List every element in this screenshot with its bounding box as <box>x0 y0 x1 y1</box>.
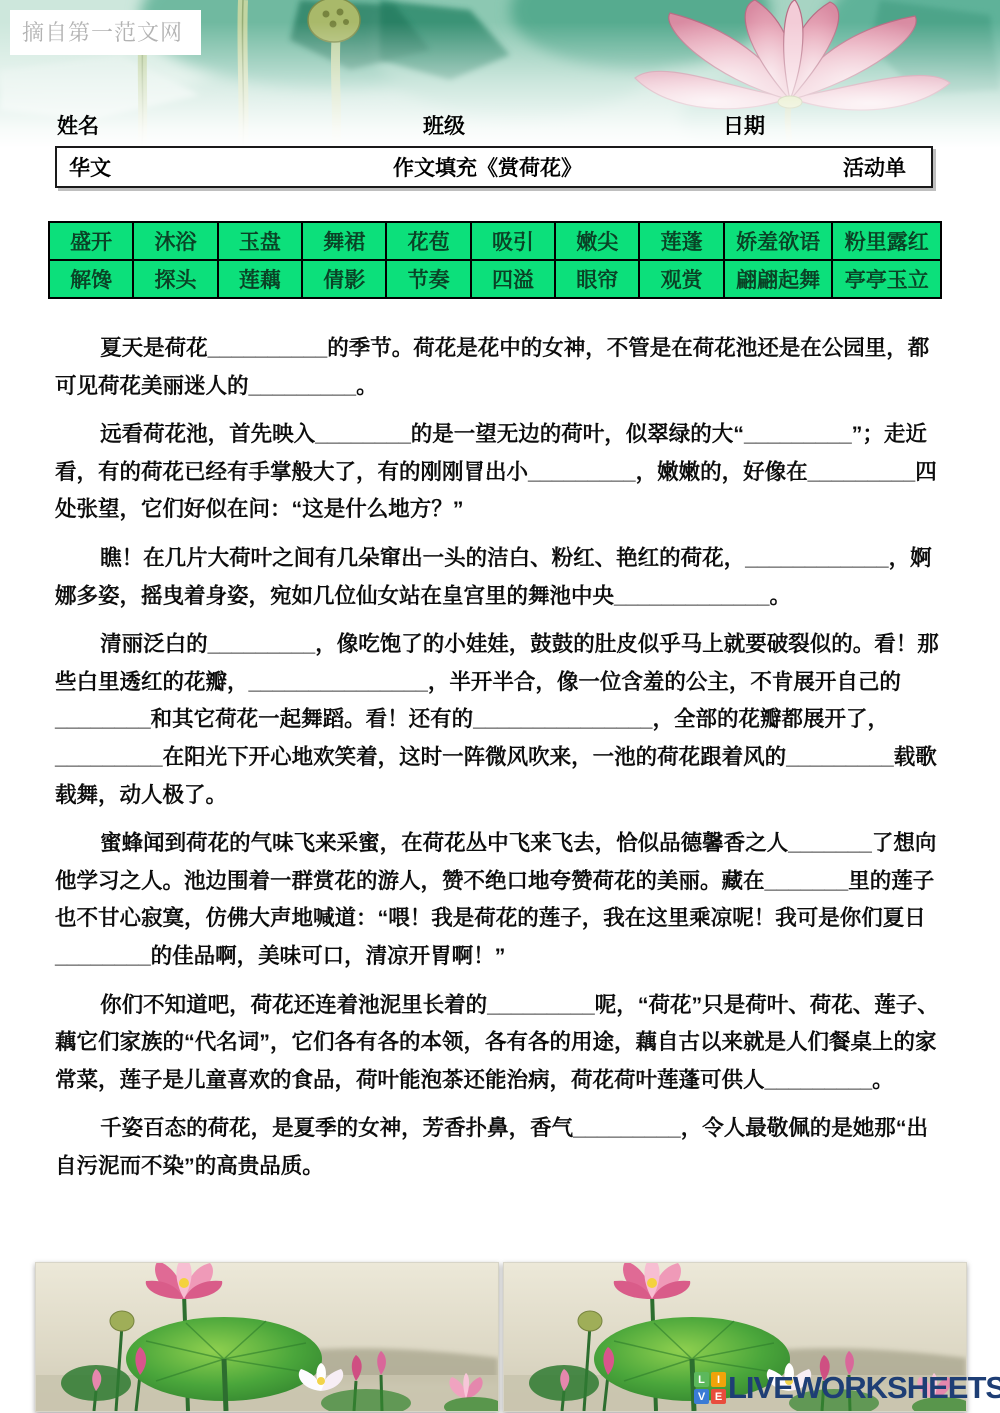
class-label: 班级 <box>423 110 465 140</box>
word-bank-word: 倩影 <box>303 261 385 297</box>
logo-square-e: E <box>711 1389 726 1404</box>
word-bank-word: 娇羞欲语 <box>725 223 832 259</box>
identity-row: 姓名 班级 日期 <box>0 110 1000 140</box>
logo-square-l: L <box>694 1372 709 1387</box>
word-bank-word: 嫩尖 <box>556 223 638 259</box>
word-bank-table: 盛开 沐浴 玉盘 舞裙 花苞 吸引 嫩尖 莲蓬 娇羞欲语 粉里露红 解馋 探头 … <box>48 221 942 299</box>
logo-square-v: V <box>694 1389 709 1404</box>
fillable-paragraph[interactable]: 蜜蜂闻到荷花的气味飞来采蜜，在荷花丛中飞来飞去，恰似品德馨香之人_______了… <box>55 825 947 975</box>
word-bank-word: 解馋 <box>50 261 132 297</box>
fillable-paragraph[interactable]: 夏天是荷花__________的季节。荷花是花中的女神，不管是在荷花池还是在公园… <box>55 330 947 405</box>
fillable-paragraph[interactable]: 千姿百态的荷花，是夏季的女神，芳香扑鼻，香气_________，令人最敬佩的是她… <box>55 1110 947 1185</box>
sheet-type-label: 活动单 <box>686 152 931 182</box>
liveworksheets-logo[interactable]: L I V E LIVEWORKSHEETS <box>694 1370 1000 1406</box>
word-bank-word: 四溢 <box>472 261 554 297</box>
word-bank-word: 花苞 <box>387 223 469 259</box>
word-bank-word: 舞裙 <box>303 223 385 259</box>
fillable-paragraph[interactable]: 清丽泛白的_________，像吃饱了的小娃娃，鼓鼓的肚皮似乎马上就要破裂似的。… <box>55 626 947 814</box>
word-bank-word: 探头 <box>134 261 216 297</box>
liveworksheets-logo-icon: L I V E <box>694 1372 726 1404</box>
source-watermark: 摘自第一范文网 <box>10 10 201 55</box>
worksheet-title: 作文填充《赏荷花》 <box>289 152 686 182</box>
subject-label: 华文 <box>57 152 289 182</box>
word-bank-word: 翩翩起舞 <box>725 261 832 297</box>
word-bank-word: 玉盘 <box>219 223 301 259</box>
word-bank-word: 吸引 <box>472 223 554 259</box>
fillable-paragraph[interactable]: 远看荷花池，首先映入________的是一望无边的荷叶，似翠绿的大“______… <box>55 416 947 529</box>
word-bank-word: 粉里露红 <box>833 223 940 259</box>
fillable-paragraph[interactable]: 瞧！在几片大荷叶之间有几朵窜出一头的洁白、粉红、艳红的荷花，__________… <box>55 540 947 615</box>
word-bank-word: 沐浴 <box>134 223 216 259</box>
lotus-pond-image <box>36 1263 498 1411</box>
fillable-paragraph[interactable]: 你们不知道吧，荷花还连着池泥里长着的_________呢，“荷花”只是荷叶、荷花… <box>55 987 947 1100</box>
date-label: 日期 <box>723 110 765 140</box>
word-bank-word: 莲藕 <box>219 261 301 297</box>
lotus-pond-photo-left <box>35 1262 499 1412</box>
word-bank-word: 莲蓬 <box>640 223 722 259</box>
name-label: 姓名 <box>57 110 99 140</box>
word-bank-word: 亭亭玉立 <box>833 261 940 297</box>
logo-square-i: I <box>711 1372 726 1387</box>
word-bank-word: 眼帘 <box>556 261 638 297</box>
word-bank-word: 节奏 <box>387 261 469 297</box>
essay-body: 夏天是荷花__________的季节。荷花是花中的女神，不管是在荷花池还是在公园… <box>55 330 947 1196</box>
title-bar: 华文 作文填充《赏荷花》 活动单 <box>55 146 933 188</box>
word-bank-word: 盛开 <box>50 223 132 259</box>
liveworksheets-wordmark: LIVEWORKSHEETS <box>728 1370 1000 1406</box>
word-bank-word: 观赏 <box>640 261 722 297</box>
